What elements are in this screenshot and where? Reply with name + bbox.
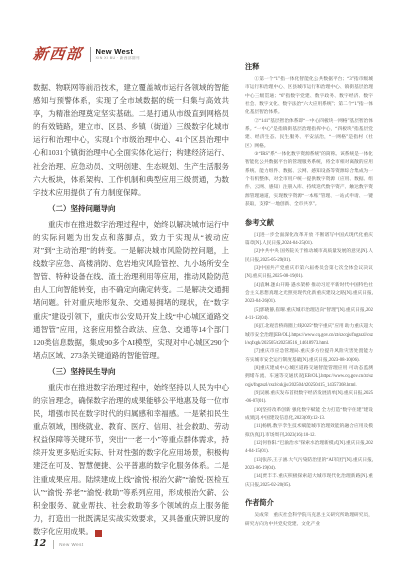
reference-item: [7]重庆市应急管理局.重庆多方位提升风险灾害处置能力 夯实城市安全运行制度基础…	[245, 348, 373, 365]
note-item: ①第一个“1”指一体化智能化公共数据平台；“3”指市级城市运行和治理中心、区县城…	[245, 76, 373, 118]
section-heading: （三）坚持民生导向	[33, 365, 229, 378]
logo-english: New West	[96, 48, 140, 56]
journal-page: 新西部 New West XIN XI BU · 新西部期刊 数据、物联网等前沿…	[0, 0, 402, 564]
notes-heading: 注释	[245, 62, 373, 72]
footer-journal-name: New West	[59, 542, 83, 547]
author-bio-heading: 作者简介	[245, 498, 373, 508]
reference-item: [6]江北观音桥商圈上线2025“数字重庆”应用 助力重庆超大城市安全治理[EB…	[245, 323, 373, 348]
reference-item: [13]张莎,王子涵.大气污染防治里的“AI军团”[N].重庆日报,2023-0…	[245, 457, 373, 474]
notes-list: ①第一个“1”指一体化智能化公共数据平台；“3”指市级城市运行和治理中心、区县城…	[245, 76, 373, 210]
references-list: [1]进一步全面深化改革开放 不断谱写中国式现代化重庆篇章[N].人民日报,20…	[245, 232, 373, 491]
logo-wordmark: New West XIN XI BU · 新西部期刊	[96, 48, 140, 61]
page-footer: 12 New West	[33, 539, 84, 549]
reference-item: [14]贾丰丰.重庆积极探索超大城市现代化治理新路[N].重庆日报,2025-0…	[245, 473, 373, 490]
reference-item: [4]袁琳.逢山开路 遇水架桥 推动习近平新时代中国特色社会主义思想真理之光照亮…	[245, 282, 373, 307]
reference-item: [11]杨帆.数字孪生技术赋能城市治理效能的融合应用及模拟仿真[J].市场周刊,…	[245, 423, 373, 440]
reference-item: [9]吴刚.重庆发布首批数字经济发展清单[N].重庆日报,2025-06-07(…	[245, 390, 373, 407]
footer-divider	[53, 540, 54, 549]
section-heading: （二）坚持问题导向	[33, 202, 229, 215]
reference-item: [1]进一步全面深化改革开放 不断谱写中国式现代化重庆篇章[N].人民日报,20…	[245, 232, 373, 249]
reference-item: [12]何春阳.“巴渝治水”探索水治理新模式[N].重庆日报,2024-04-1…	[245, 440, 373, 457]
article-body-column: 数据、物联网等前沿技术，建立覆盖城市运行各领域的智能感知与预警体系，实现了全市域…	[33, 81, 229, 538]
back-matter-column: 注释 ①第一个“1”指一体化智能化公共数据平台；“3”指市级城市运行和治理中心、…	[245, 62, 373, 529]
reference-item: [2]中共中央 国务院关于推动城市高质量发展的意见[N].人民日报,2025-0…	[245, 248, 373, 265]
page-number: 12	[33, 539, 46, 549]
note-item: ②“141”基层智治体系即“一中心四板块一网格”基层智治体系。“一中心”是指镇街…	[245, 118, 373, 151]
author-bio-text: 吴成荣 重庆社会科学院马克思主义研究所助理研究员，研究方向为中共党史党建、文化产…	[245, 512, 373, 529]
article-paragraph: 重庆市在推进数字治理过程中，始终坚持以人民为中心的宗旨理念，确保数字治理的成果能…	[33, 381, 229, 538]
logo-chinese: 新西部	[32, 47, 83, 62]
reference-item: [10]坚持改革创新 强化数字赋能 全力打造“数字住建”建设成果[J].中国建设…	[245, 407, 373, 424]
article-end-mark-icon: 新	[95, 530, 102, 537]
article-paragraph: 数据、物联网等前沿技术，建立覆盖城市运行各领域的智能感知与预警体系，实现了全市域…	[33, 81, 229, 199]
reference-item: [5]郭晓静,崔曜.重庆城市治理迈向“智理”[N].重庆日报,2024-11-1…	[245, 307, 373, 324]
note-item: ③“IRS”系“一体化数字资源系统”的简称。该系统是一体化智能化公共数据平台的管…	[245, 151, 373, 209]
reference-item: [3]中国共产党重庆市第六届委员会第七次全体会议决议[N].重庆日报,2025-…	[245, 265, 373, 282]
logo-subtitle: XIN XI BU · 新西部期刊	[96, 56, 140, 61]
article-paragraph: 重庆市在推进数字治理过程中，始终以解决城市运行中的实际问题为出发点和落脚点，致力…	[33, 218, 229, 362]
masthead: 新西部 New West XIN XI BU · 新西部期刊	[33, 42, 140, 66]
reference-item: [8]重庆建成中心城区道路交通智能管理应用 可动态监测拥堵车流、车速等交通状况[…	[245, 365, 373, 390]
logo-divider	[90, 47, 91, 62]
references-heading: 参考文献	[245, 218, 373, 228]
